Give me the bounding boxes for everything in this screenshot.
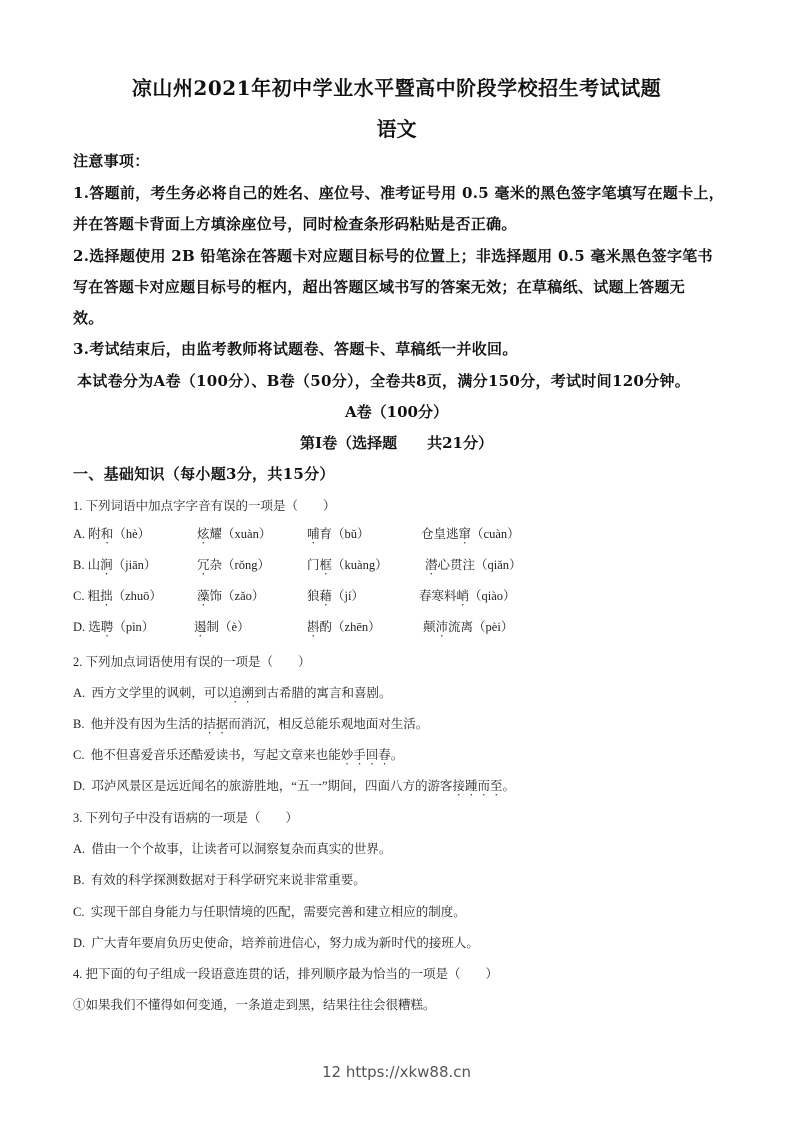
- q1-option-c-word-4: 春寒料峭（qiào）: [419, 586, 516, 609]
- exam-summary: 本试卷分为A卷（100分）、B卷（50分），全卷共8页，满分150分，考试时间1…: [77, 370, 690, 391]
- q1-option-c: C. 粗拙（zhuō）: [73, 586, 162, 609]
- q1-option-d-word-2: 遏制（è）: [194, 617, 250, 640]
- q3-option-b: B. 有效的科学探测数据对于科学研究来说非常重要。: [73, 870, 366, 888]
- q1-option-a-word-4: 仓皇逃窜（cuàn）: [421, 524, 520, 547]
- note-line-3: 2.选择题使用 2B 铅笔涂在答题卡对应题目标号的位置上；非选择题用 0.5 毫…: [73, 245, 713, 266]
- q1-option-d-word-3: 斟酌（zhēn）: [307, 617, 381, 640]
- basic-knowledge-heading: 一、基础知识（每小题3分，共15分）: [73, 463, 335, 484]
- q1-option-b-word-4: 潜心贯注（qiǎn）: [425, 555, 522, 578]
- q1-option-d-word-4: 颠沛流离（pèi）: [423, 617, 513, 640]
- q1-option-b-word-3: 门框（kuàng）: [307, 555, 388, 578]
- q1-option-c-word-2: 藻饰（zǎo）: [197, 586, 264, 609]
- q1-option-b-word-2: 冗杂（rǒng）: [197, 555, 270, 578]
- q4-stem: 4. 把下面的句子组成一段语意连贯的话，排列顺序最为恰当的一项是（ ）: [73, 964, 498, 982]
- page-footer: 12 https://xkw88.cn: [0, 1063, 793, 1081]
- q1-option-a-word-2: 炫耀（xuàn）: [197, 524, 271, 547]
- q3-stem: 3. 下列句子中没有语病的一项是（ ）: [73, 808, 298, 826]
- q1-option-d: D. 选聘（pìn）: [73, 617, 154, 640]
- q1-option-a-word-3: 哺育（bǔ）: [307, 524, 370, 547]
- subject-title: 语文: [0, 113, 793, 142]
- q2-option-d: D. 邛泸风景区是远近闻名的旅游胜地，“五一”期间，四面八方的游客接踵而至。: [73, 776, 515, 799]
- volume-a-heading: A卷（100分）: [0, 401, 793, 422]
- note-line-1: 1.答题前，考生务必将自己的姓名、座位号、准考证号用 0.5 毫米的黑色签字笔填…: [73, 182, 724, 203]
- q4-sentence-1: ①如果我们不懂得如何变通，一条道走到黑，结果往往会很糟糕。: [73, 995, 436, 1013]
- q2-option-a: A. 西方文学里的讽刺，可以追溯到古希腊的寓言和喜剧。: [73, 683, 391, 706]
- q1-option-b: B. 山涧（jiān）: [73, 555, 156, 578]
- q1-stem: 1. 下列词语中加点字字音有误的一项是（ ）: [73, 496, 336, 514]
- q2-option-b: B. 他并没有因为生活的拮据而消沉，相反总能乐观地面对生活。: [73, 714, 428, 737]
- q1-option-c-word-3: 狼藉（jí）: [307, 586, 364, 609]
- q3-option-a: A. 借由一个个故事，让读者可以洞察复杂而真实的世界。: [73, 839, 391, 857]
- notes-heading: 注意事项：: [73, 150, 150, 171]
- note-line-4: 写在答题卡对应题目标号的框内，超出答题区域书写的答案无效；在草稿纸、试题上答题无: [73, 276, 685, 297]
- q1-option-a: A. 附和（hè）: [73, 524, 150, 547]
- part-one-heading: 第Ⅰ卷（选择题 共21分）: [0, 432, 793, 453]
- note-line-5: 效。: [73, 307, 104, 328]
- note-line-2: 并在答题卡背面上方填涂座位号，同时检查条形码粘贴是否正确。: [73, 213, 517, 234]
- q3-option-c: C. 实现干部自身能力与任职情境的匹配，需要完善和建立相应的制度。: [73, 902, 466, 920]
- q2-option-c: C. 他不但喜爱音乐还酷爱读书，写起文章来也能妙手回春。: [73, 745, 403, 768]
- q3-option-d: D. 广大青年要肩负历史使命，培养前进信心，努力成为新时代的接班人。: [73, 933, 479, 951]
- q2-stem: 2. 下列加点词语使用有误的一项是（ ）: [73, 652, 311, 670]
- note-line-6: 3.考试结束后，由监考教师将试题卷、答题卡、草稿纸一并收回。: [73, 338, 518, 359]
- exam-title: 凉山州2021年初中学业水平暨高中阶段学校招生考试试题: [0, 72, 793, 101]
